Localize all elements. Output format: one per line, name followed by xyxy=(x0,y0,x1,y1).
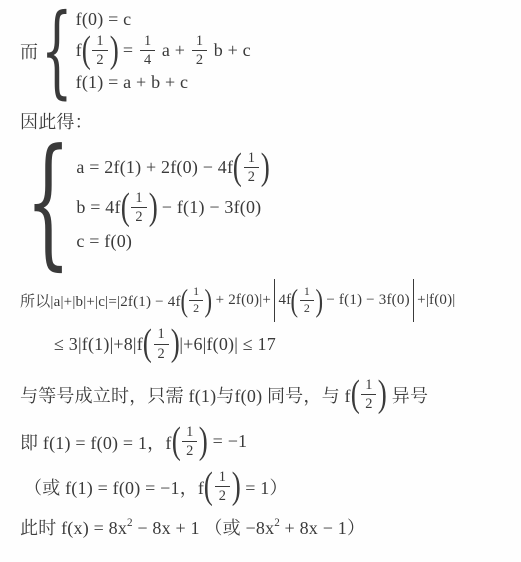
math-text: = 1） xyxy=(241,474,288,500)
fraction-denominator: 2 xyxy=(193,301,199,316)
fraction-numerator: 1 xyxy=(189,285,203,301)
math-text: 即 f(1) = f(0) = 1，f xyxy=(20,429,172,455)
big-left-paren: ( xyxy=(204,468,213,506)
system-coefficients: { a = 2f(1) + 2f(0) − 4f(12) b = 4f(12) … xyxy=(20,138,513,266)
fraction-numerator: 1 xyxy=(92,33,107,52)
fraction: 12 xyxy=(244,150,259,186)
big-left-paren: ( xyxy=(291,285,299,317)
fraction: 14 xyxy=(140,33,155,69)
math-text: a + xyxy=(157,40,190,61)
math-text: f(0) = c xyxy=(76,9,132,30)
big-left-paren: ( xyxy=(350,376,359,414)
fraction-denominator: 2 xyxy=(304,301,310,316)
fraction: 12 xyxy=(361,377,376,413)
big-right-paren: ) xyxy=(232,468,241,506)
math-text: a = 2f(1) + 2f(0) − 4f xyxy=(76,157,233,178)
fraction: 12 xyxy=(92,33,107,69)
math-text: 此时 f(x) = 8x xyxy=(20,514,127,540)
math-solution-page: 而 { f(0) = c f(12) = 14 a + 12 b + c f(1… xyxy=(0,0,521,540)
math-text: （或 f(1) = f(0) = −1，f xyxy=(24,474,204,500)
heading-therefore: 因此得： xyxy=(20,108,513,134)
big-right-paren: ) xyxy=(315,285,323,317)
fraction-numerator: 1 xyxy=(361,377,376,396)
fraction-denominator: 2 xyxy=(196,51,203,69)
big-left-paren: ( xyxy=(233,149,242,187)
fraction-denominator: 2 xyxy=(365,395,372,413)
fraction-denominator: 2 xyxy=(96,51,103,69)
inequality-expansion: 所以|a|+|b|+|c|=|2f(1) − 4f(12) + 2f(0)|+4… xyxy=(20,279,513,323)
fraction-numerator: 1 xyxy=(140,33,155,52)
fraction-numerator: 1 xyxy=(244,150,259,169)
fraction: 12 xyxy=(192,33,207,69)
fraction-denominator: 2 xyxy=(248,168,255,186)
math-text: b + c xyxy=(209,40,251,61)
math-text: − f(1) − 3f(0) xyxy=(322,292,409,309)
big-left-paren: ( xyxy=(171,423,180,461)
fraction-numerator: 1 xyxy=(131,190,146,209)
big-right-paren: ) xyxy=(170,325,179,363)
equation-b: b = 4f(12) − f(1) − 3f(0) xyxy=(76,189,269,227)
fraction: 12 xyxy=(215,469,230,505)
big-left-paren: ( xyxy=(143,325,152,363)
math-text: +|f(0)| xyxy=(417,292,455,309)
big-right-paren: ) xyxy=(378,376,387,414)
equation-a: a = 2f(1) + 2f(0) − 4f(12) xyxy=(76,149,269,187)
math-text: + 8x − 1） xyxy=(280,514,365,540)
math-text: = xyxy=(118,40,138,61)
big-left-paren: ( xyxy=(120,189,129,227)
fraction-numerator: 1 xyxy=(215,469,230,488)
cases-left-brace: { xyxy=(26,138,71,266)
cases-lines: f(0) = c f(12) = 14 a + 12 b + c f(1) = … xyxy=(76,6,251,96)
math-text: 与等号成立时，只需 f(1)与f(0) 同号，与 f xyxy=(20,382,351,408)
math-text: 所以|a|+|b|+|c|=|2f(1) − 4f xyxy=(20,290,181,311)
final-function: 此时 f(x) = 8x2 − 8x + 1 （或 −8x2 + 8x − 1） xyxy=(20,514,513,540)
lead-word: 而 xyxy=(20,38,38,64)
math-text: + 2f(0)|+ xyxy=(212,292,271,309)
system-initial-values: 而 { f(0) = c f(12) = 14 a + 12 b + c f(1… xyxy=(20,6,513,96)
equation-f0: f(0) = c xyxy=(76,7,251,31)
tall-abs-bar xyxy=(413,279,414,323)
fraction-numerator: 1 xyxy=(154,326,169,345)
big-right-paren: ) xyxy=(148,189,157,227)
math-text: 4f xyxy=(278,292,291,309)
fraction: 12 xyxy=(131,190,146,226)
big-right-paren: ) xyxy=(205,285,213,317)
fraction: 12 xyxy=(189,285,203,316)
math-text: − f(1) − 3f(0) xyxy=(157,197,261,218)
big-right-paren: ) xyxy=(199,423,208,461)
alternative-solution-values: （或 f(1) = f(0) = −1，f(12) = 1） xyxy=(24,468,513,506)
tall-abs-bar xyxy=(274,279,275,323)
math-text: c = f(0) xyxy=(76,231,132,252)
fraction-numerator: 1 xyxy=(300,285,314,301)
fraction-numerator: 1 xyxy=(182,424,197,443)
math-text: |+6|f(0)| ≤ 17 xyxy=(179,334,276,355)
big-left-paren: ( xyxy=(180,285,188,317)
inequality-bound: ≤ 3|f(1)|+8|f(12)|+6|f(0)| ≤ 17 xyxy=(54,325,513,363)
math-text: = −1 xyxy=(208,431,247,452)
math-text: − 8x + 1 （或 −8x xyxy=(133,514,275,540)
solution-values: 即 f(1) = f(0) = 1，f(12) = −1 xyxy=(20,423,513,461)
equation-c: c = f(0) xyxy=(76,229,269,255)
big-right-paren: ) xyxy=(261,149,270,187)
big-right-paren: ) xyxy=(109,32,118,70)
fraction-denominator: 4 xyxy=(144,51,151,69)
math-text: b = 4f xyxy=(76,197,120,218)
fraction: 12 xyxy=(300,285,314,316)
fraction: 12 xyxy=(154,326,169,362)
fraction-denominator: 2 xyxy=(186,442,193,460)
big-left-paren: ( xyxy=(82,32,91,70)
math-text: f(1) = a + b + c xyxy=(76,72,189,93)
fraction-numerator: 1 xyxy=(192,33,207,52)
cases-left-brace: { xyxy=(41,6,73,96)
equation-f1: f(1) = a + b + c xyxy=(76,71,251,95)
cases-lines: a = 2f(1) + 2f(0) − 4f(12) b = 4f(12) − … xyxy=(76,147,269,257)
equality-condition: 与等号成立时，只需 f(1)与f(0) 同号，与 f(12) 异号 xyxy=(20,376,513,414)
fraction: 12 xyxy=(182,424,197,460)
equation-f-half: f(12) = 14 a + 12 b + c xyxy=(76,32,251,70)
fraction-denominator: 2 xyxy=(158,345,165,363)
fraction-denominator: 2 xyxy=(219,487,226,505)
fraction-denominator: 2 xyxy=(135,208,142,226)
math-text: 异号 xyxy=(387,382,428,408)
math-text: ≤ 3|f(1)|+8|f xyxy=(54,334,143,355)
